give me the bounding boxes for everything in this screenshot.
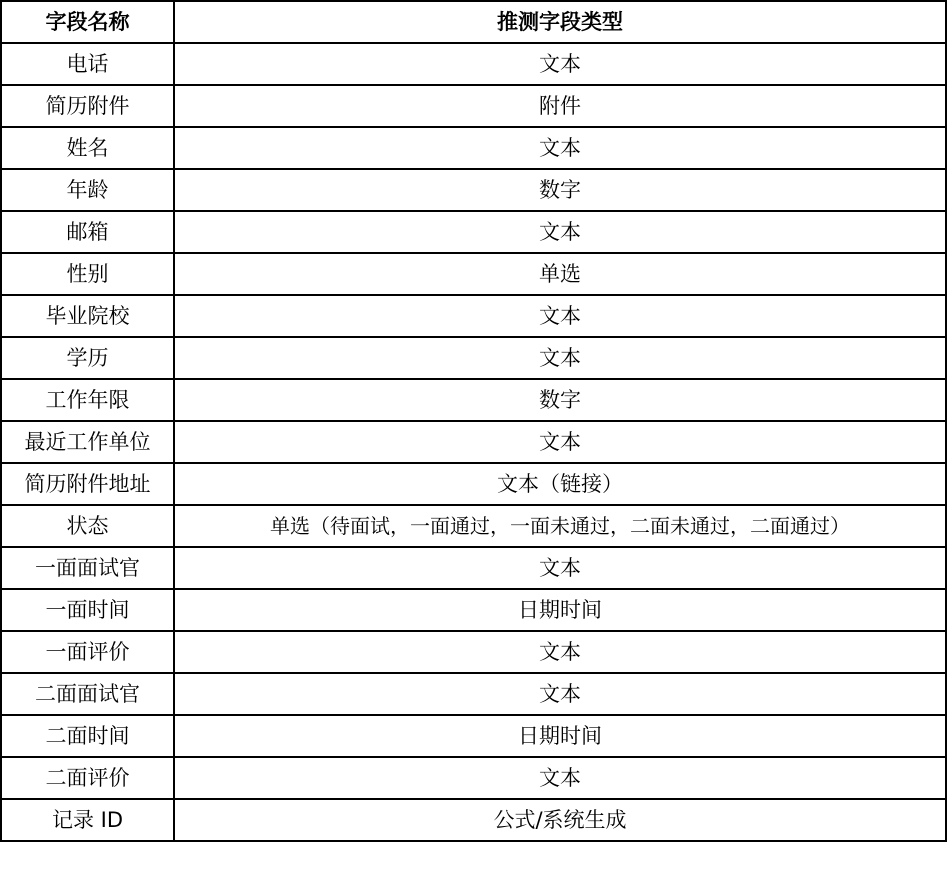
- field-name-cell: 二面时间: [1, 715, 174, 757]
- table-row: 学历文本: [1, 337, 946, 379]
- field-type-cell: 文本: [174, 337, 946, 379]
- field-type-table: 字段名称 推测字段类型 电话文本简历附件附件姓名文本年龄数字邮箱文本性别单选毕业…: [0, 0, 947, 842]
- field-name-cell: 一面面试官: [1, 547, 174, 589]
- table-row: 二面评价文本: [1, 757, 946, 799]
- field-type-cell: 单选: [174, 253, 946, 295]
- field-type-cell: 文本（链接）: [174, 463, 946, 505]
- field-type-cell: 公式/系统生成: [174, 799, 946, 841]
- field-type-cell: 日期时间: [174, 715, 946, 757]
- table-row: 一面面试官文本: [1, 547, 946, 589]
- table-row: 毕业院校文本: [1, 295, 946, 337]
- field-name-cell: 状态: [1, 505, 174, 547]
- field-type-cell: 文本: [174, 631, 946, 673]
- field-name-cell: 最近工作单位: [1, 421, 174, 463]
- field-name-cell: 一面评价: [1, 631, 174, 673]
- table-row: 简历附件地址文本（链接）: [1, 463, 946, 505]
- table-row: 工作年限数字: [1, 379, 946, 421]
- field-name-cell: 简历附件: [1, 85, 174, 127]
- field-type-cell: 文本: [174, 547, 946, 589]
- field-name-cell: 姓名: [1, 127, 174, 169]
- field-type-cell: 文本: [174, 127, 946, 169]
- table-row: 二面面试官文本: [1, 673, 946, 715]
- field-type-cell: 文本: [174, 421, 946, 463]
- field-name-cell: 性别: [1, 253, 174, 295]
- header-field-name: 字段名称: [1, 1, 174, 43]
- field-type-cell: 日期时间: [174, 589, 946, 631]
- field-name-cell: 年龄: [1, 169, 174, 211]
- table-row: 简历附件附件: [1, 85, 946, 127]
- field-name-cell: 一面时间: [1, 589, 174, 631]
- table-row: 最近工作单位文本: [1, 421, 946, 463]
- field-name-cell: 二面面试官: [1, 673, 174, 715]
- field-name-cell: 工作年限: [1, 379, 174, 421]
- table-row: 年龄数字: [1, 169, 946, 211]
- field-type-cell: 数字: [174, 379, 946, 421]
- field-type-cell: 附件: [174, 85, 946, 127]
- table-body: 电话文本简历附件附件姓名文本年龄数字邮箱文本性别单选毕业院校文本学历文本工作年限…: [1, 43, 946, 841]
- field-type-cell: 文本: [174, 211, 946, 253]
- table-row: 状态单选（待面试，一面通过，一面未通过，二面未通过，二面通过）: [1, 505, 946, 547]
- table-row: 电话文本: [1, 43, 946, 85]
- table-row: 邮箱文本: [1, 211, 946, 253]
- field-name-cell: 简历附件地址: [1, 463, 174, 505]
- field-type-cell: 单选（待面试，一面通过，一面未通过，二面未通过，二面通过）: [174, 505, 946, 547]
- field-name-cell: 二面评价: [1, 757, 174, 799]
- table-row: 二面时间日期时间: [1, 715, 946, 757]
- field-type-cell: 数字: [174, 169, 946, 211]
- field-name-cell: 电话: [1, 43, 174, 85]
- field-type-cell: 文本: [174, 43, 946, 85]
- field-name-cell: 毕业院校: [1, 295, 174, 337]
- table-row: 一面时间日期时间: [1, 589, 946, 631]
- table-row: 记录 ID公式/系统生成: [1, 799, 946, 841]
- table-row: 姓名文本: [1, 127, 946, 169]
- header-row: 字段名称 推测字段类型: [1, 1, 946, 43]
- field-type-cell: 文本: [174, 757, 946, 799]
- field-type-cell: 文本: [174, 673, 946, 715]
- table-row: 性别单选: [1, 253, 946, 295]
- field-name-cell: 邮箱: [1, 211, 174, 253]
- field-name-cell: 学历: [1, 337, 174, 379]
- field-name-cell: 记录 ID: [1, 799, 174, 841]
- table-row: 一面评价文本: [1, 631, 946, 673]
- header-field-type: 推测字段类型: [174, 1, 946, 43]
- field-type-cell: 文本: [174, 295, 946, 337]
